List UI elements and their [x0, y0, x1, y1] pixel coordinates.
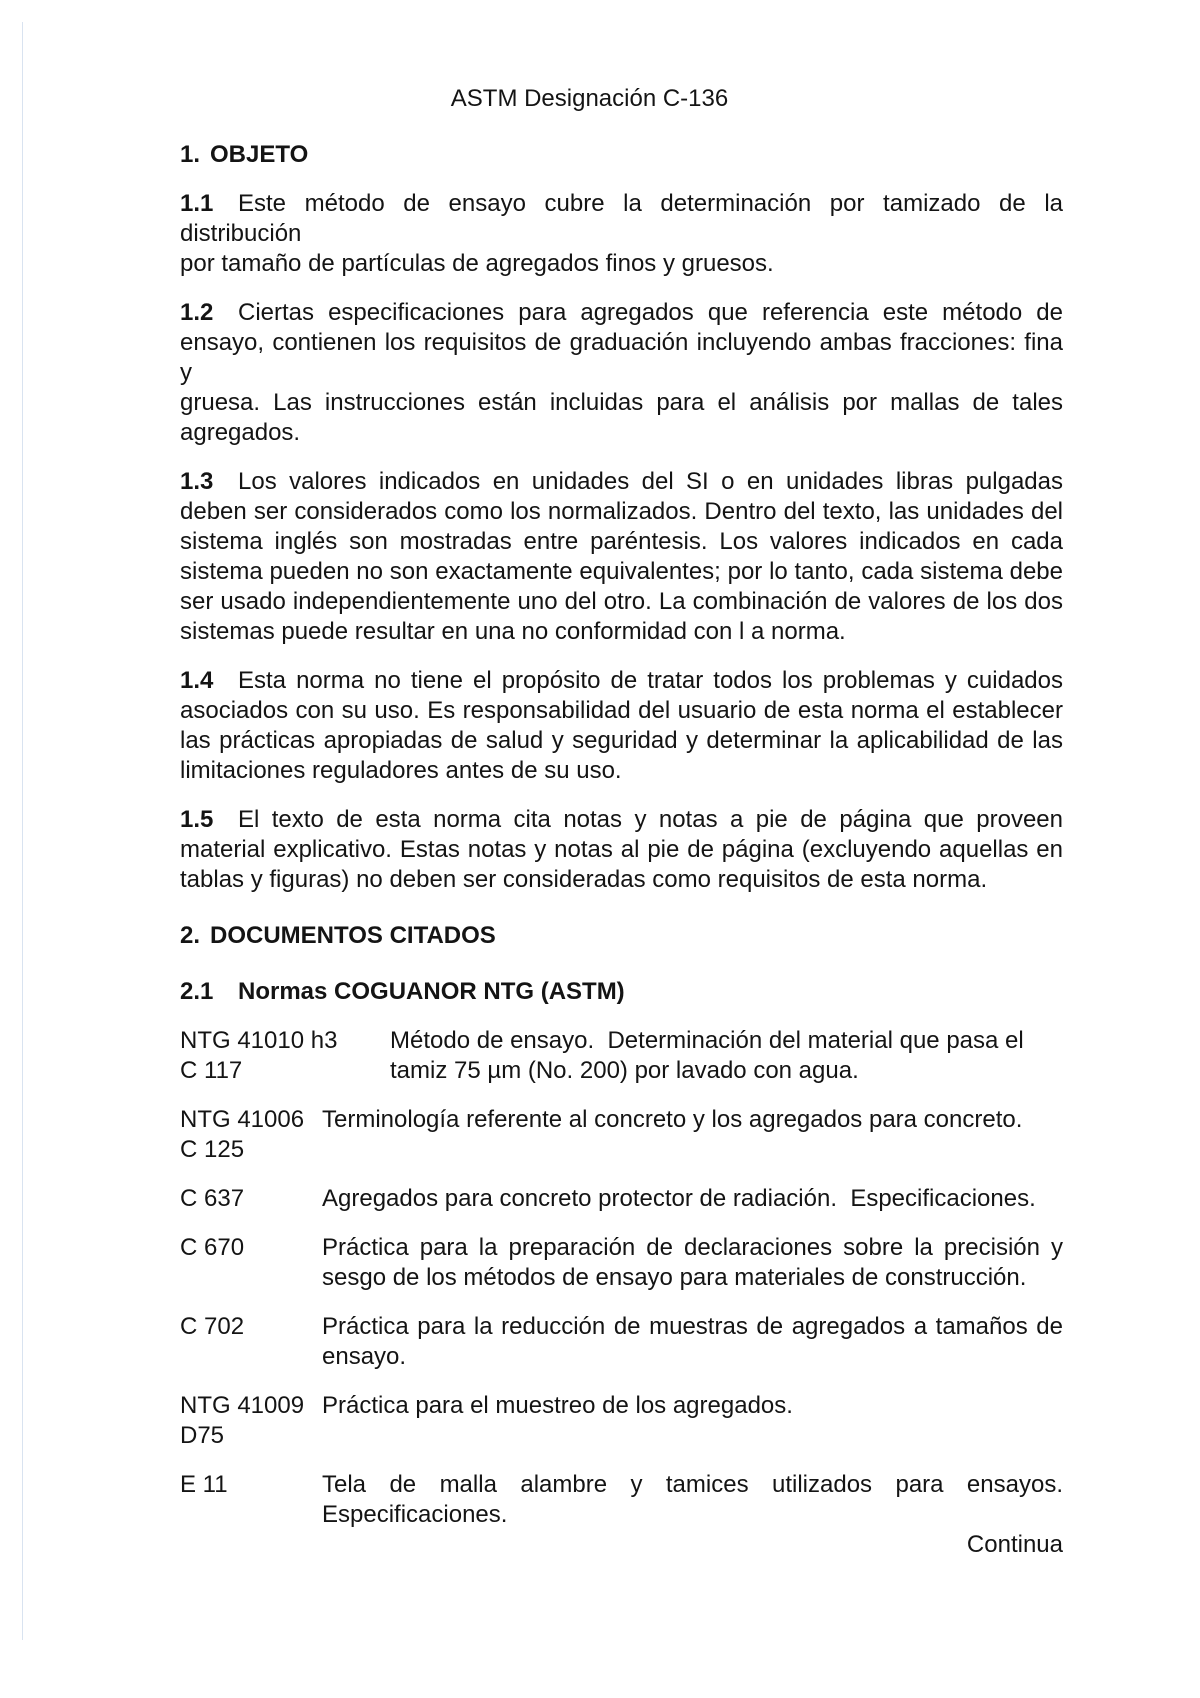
citation-code-line: E 11: [180, 1470, 322, 1500]
citation-code: C 670: [180, 1233, 322, 1293]
citation-desc-line: Especificaciones.: [322, 1500, 1063, 1530]
continua-label: Continua: [180, 1530, 1063, 1560]
citation-desc-line: Práctica para la reducción de muestras d…: [322, 1312, 1063, 1342]
paragraph-line: las prácticas apropiadas de salud y segu…: [180, 726, 1063, 756]
paragraph-line: gruesa. Las instrucciones están incluida…: [180, 388, 1063, 418]
paragraph-1-5: 1.5El texto de esta norma cita notas y n…: [180, 805, 1063, 895]
section-label: DOCUMENTOS CITADOS: [210, 922, 496, 949]
citation-code: NTG 41006 C 125: [180, 1105, 322, 1165]
paragraph-text: Ciertas especificaciones para agregados …: [238, 299, 1063, 326]
section-label: OBJETO: [210, 141, 308, 168]
citation-desc-line: Tela de malla alambre y tamices utilizad…: [322, 1470, 1063, 1500]
paragraph-line: limitaciones reguladores antes de su uso…: [180, 756, 1063, 786]
paragraph-line: por tamaño de partículas de agregados fi…: [180, 249, 1063, 279]
citation-description: Práctica para la preparación de declarac…: [322, 1233, 1063, 1293]
paragraph-line: sistemas puede resultar en una no confor…: [180, 617, 1063, 647]
document-title: ASTM Designación C-136: [180, 84, 999, 114]
paragraph-line: tablas y figuras) no deben ser considera…: [180, 865, 1063, 895]
paragraph-line: 1.2Ciertas especificaciones para agregad…: [180, 298, 1063, 328]
paragraph-line: sistema pueden no son exactamente equiva…: [180, 557, 1063, 587]
citation-code-line: D75: [180, 1421, 322, 1451]
paragraph-number: 1.4: [180, 666, 238, 696]
section-1-heading: 1.OBJETO: [180, 140, 1063, 170]
paragraph-line: material explicativo. Estas notas y nota…: [180, 835, 1063, 865]
citation-code: NTG 41010 h3 C 117: [180, 1026, 390, 1086]
citation-row-c702: C 702 Práctica para la reducción de mues…: [180, 1312, 1063, 1372]
paragraph-number: 1.3: [180, 467, 238, 497]
citation-code-line: NTG 41010 h3: [180, 1026, 390, 1056]
section-2-1-heading: 2.1Normas COGUANOR NTG (ASTM): [180, 977, 1063, 1007]
section-number: 2.: [180, 921, 210, 951]
citation-code-line: NTG 41006: [180, 1105, 322, 1135]
citation-row-c637: C 637 Agregados para concreto protector …: [180, 1184, 1063, 1214]
citation-desc-line: Método de ensayo. Determinación del mate…: [390, 1026, 1063, 1056]
citation-code-line: C 637: [180, 1184, 322, 1214]
paragraph-1-4: 1.4Esta norma no tiene el propósito de t…: [180, 666, 1063, 786]
paragraph-line: 1.3Los valores indicados en unidades del…: [180, 467, 1063, 497]
citation-description: Práctica para la reducción de muestras d…: [322, 1312, 1063, 1372]
paragraph-line: sistema inglés son mostradas entre parén…: [180, 527, 1063, 557]
citation-code-line: C 125: [180, 1135, 322, 1165]
citation-description: Método de ensayo. Determinación del mate…: [390, 1026, 1063, 1086]
citation-desc-line: Práctica para la preparación de declarac…: [322, 1233, 1063, 1263]
citation-code: E 11: [180, 1470, 322, 1530]
citation-code-line: NTG 41009: [180, 1391, 322, 1421]
citation-row-ntg41010: NTG 41010 h3 C 117 Método de ensayo. Det…: [180, 1026, 1063, 1086]
citation-desc-line: sesgo de los métodos de ensayo para mate…: [322, 1263, 1063, 1293]
citation-desc-line: ensayo.: [322, 1342, 1063, 1372]
citation-row-ntg41009: NTG 41009 D75 Práctica para el muestreo …: [180, 1391, 1063, 1451]
citation-desc-line: Agregados para concreto protector de rad…: [322, 1184, 1063, 1214]
citation-code-line: C 117: [180, 1056, 390, 1086]
paragraph-line: asociados con su uso. Es responsabilidad…: [180, 696, 1063, 726]
document-page: ASTM Designación C-136 1.OBJETO 1.1Este …: [0, 0, 1200, 1698]
citation-code: NTG 41009 D75: [180, 1391, 322, 1451]
paragraph-number: 1.5: [180, 805, 238, 835]
citation-description: Agregados para concreto protector de rad…: [322, 1184, 1063, 1214]
paragraph-number: 1.1: [180, 189, 238, 219]
citation-code: C 702: [180, 1312, 322, 1372]
paragraph-line: 1.5El texto de esta norma cita notas y n…: [180, 805, 1063, 835]
citation-row-c670: C 670 Práctica para la preparación de de…: [180, 1233, 1063, 1293]
citation-desc-line: Práctica para el muestreo de los agregad…: [322, 1391, 1063, 1421]
paragraph-line: agregados.: [180, 418, 1063, 448]
document-content: ASTM Designación C-136 1.OBJETO 1.1Este …: [180, 84, 1063, 1560]
page-edge-line: [22, 22, 23, 1640]
paragraph-number: 1.2: [180, 298, 238, 328]
section-label: Normas COGUANOR NTG (ASTM): [238, 978, 625, 1005]
citation-description: Terminología referente al concreto y los…: [322, 1105, 1063, 1165]
paragraph-1-1: 1.1Este método de ensayo cubre la determ…: [180, 189, 1063, 279]
citation-code: C 637: [180, 1184, 322, 1214]
section-2-heading: 2.DOCUMENTOS CITADOS: [180, 921, 1063, 951]
paragraph-text: El texto de esta norma cita notas y nota…: [238, 806, 1063, 833]
section-number: 1.: [180, 140, 210, 170]
paragraph-text: Esta norma no tiene el propósito de trat…: [238, 667, 1063, 694]
citation-desc-line: Terminología referente al concreto y los…: [322, 1105, 1063, 1135]
paragraph-1-3: 1.3Los valores indicados en unidades del…: [180, 467, 1063, 647]
section-number: 2.1: [180, 977, 238, 1007]
paragraph-1-2: 1.2Ciertas especificaciones para agregad…: [180, 298, 1063, 448]
paragraph-line: 1.1Este método de ensayo cubre la determ…: [180, 189, 1063, 249]
paragraph-text: Los valores indicados en unidades del SI…: [238, 468, 1063, 495]
paragraph-line: 1.4Esta norma no tiene el propósito de t…: [180, 666, 1063, 696]
paragraph-line: ser usado independientemente uno del otr…: [180, 587, 1063, 617]
citation-description: Tela de malla alambre y tamices utilizad…: [322, 1470, 1063, 1530]
citation-row-ntg41006: NTG 41006 C 125 Terminología referente a…: [180, 1105, 1063, 1165]
citation-row-e11: E 11 Tela de malla alambre y tamices uti…: [180, 1470, 1063, 1530]
paragraph-line: ensayo, contienen los requisitos de grad…: [180, 328, 1063, 388]
citation-desc-line: tamiz 75 µm (No. 200) por lavado con agu…: [390, 1056, 1063, 1086]
citation-code-line: C 702: [180, 1312, 322, 1342]
paragraph-text: Este método de ensayo cubre la determina…: [180, 190, 1063, 247]
citation-description: Práctica para el muestreo de los agregad…: [322, 1391, 1063, 1451]
citation-code-line: C 670: [180, 1233, 322, 1263]
paragraph-line: deben ser considerados como los normaliz…: [180, 497, 1063, 527]
